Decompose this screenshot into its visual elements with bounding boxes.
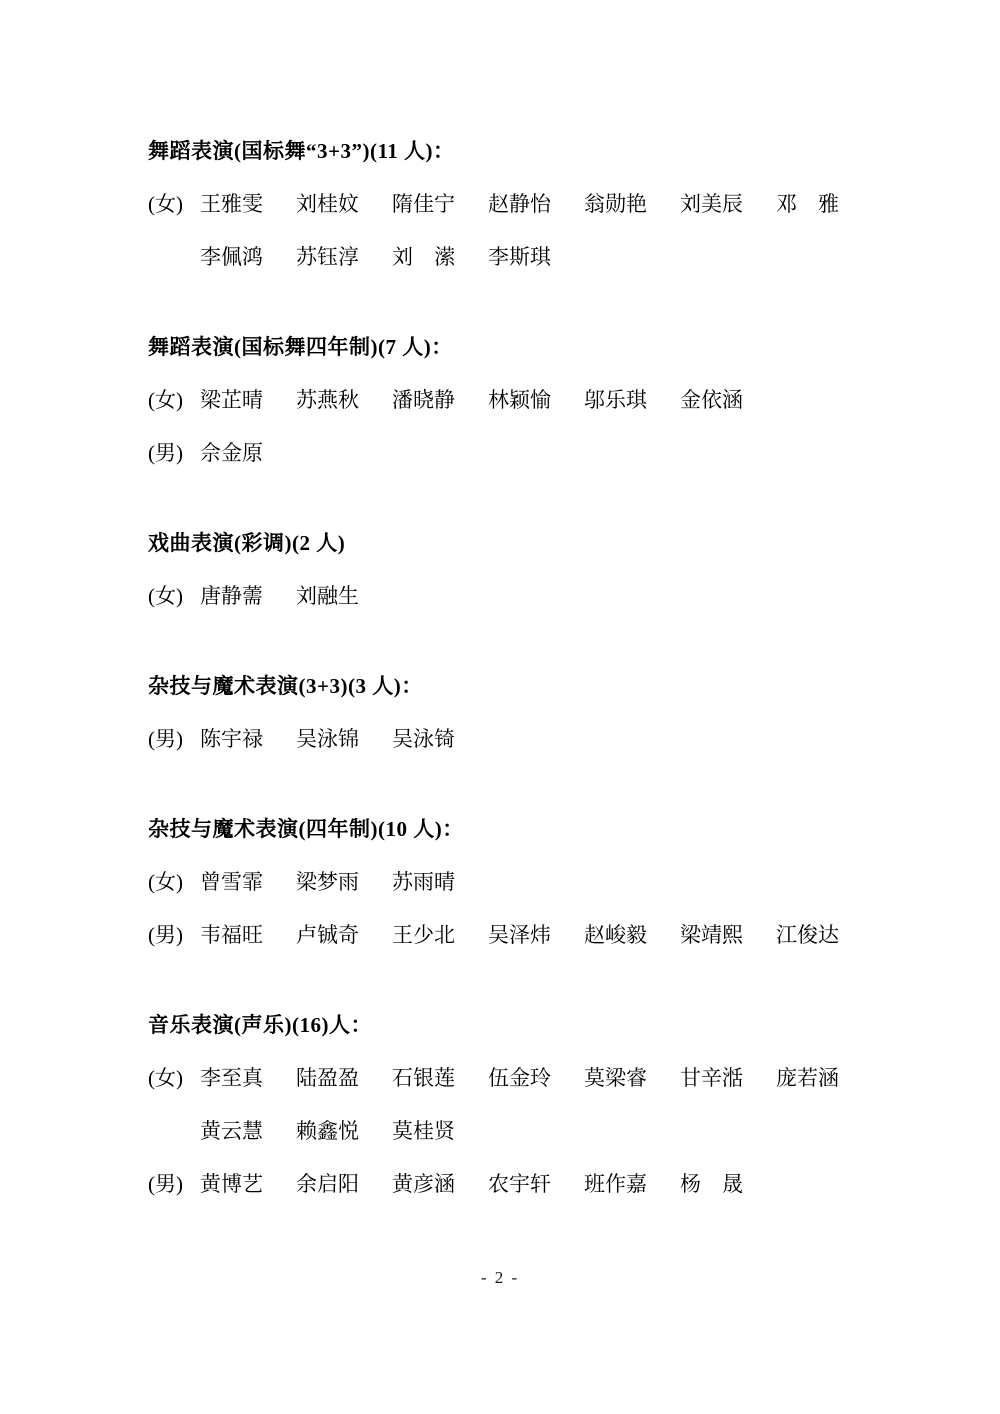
person-name: 隋佳宁 [392,178,455,231]
person-name: 卢铖奇 [296,909,359,962]
name-line: (男)黄博艺余启阳黄彦涵农宇轩班作嘉杨 晟 [148,1158,880,1211]
person-name: 吴泳锜 [392,713,455,766]
person-name: 邬乐琪 [584,374,647,427]
person-name: 梁芷晴 [200,374,263,427]
name-line: 李佩鸿苏钰淳刘 潆李斯琪 [148,231,880,284]
gender-prefix: (男) [148,713,200,766]
name-line: (女)李至真陆盈盈石银莲伍金玲莫梁睿甘辛湉庞若涵 [148,1052,880,1105]
person-name: 邓 雅 [776,178,839,231]
person-name: 石银莲 [392,1052,455,1105]
name-line: (女)曾雪霏梁梦雨苏雨晴 [148,856,880,909]
section: 舞蹈表演(国标舞“3+3”)(11 人)：(女)王雅雯刘桂妏隋佳宁赵静怡翁勋艳刘… [148,125,880,284]
person-name: 赵静怡 [488,178,551,231]
gender-prefix: (男) [148,1158,200,1211]
person-name: 赵峻毅 [584,909,647,962]
person-name: 班作嘉 [584,1158,647,1211]
gender-prefix: (女) [148,570,200,623]
person-name: 王雅雯 [200,178,263,231]
person-name: 梁梦雨 [296,856,359,909]
person-name: 刘桂妏 [296,178,359,231]
person-name: 唐静薷 [200,570,263,623]
person-name: 刘美辰 [680,178,743,231]
person-name: 杨 晟 [680,1158,743,1211]
person-name: 黄博艺 [200,1158,263,1211]
name-line: 黄云慧赖鑫悦莫桂贤 [148,1105,880,1158]
person-name: 刘融生 [296,570,359,623]
gender-prefix: (男) [148,427,200,480]
person-name: 曾雪霏 [200,856,263,909]
person-name: 林颖愉 [488,374,551,427]
section: 杂技与魔术表演(3+3)(3 人)：(男)陈宇禄吴泳锦吴泳锜 [148,660,880,766]
person-name: 农宇轩 [488,1158,551,1211]
person-name: 潘晓静 [392,374,455,427]
section: 戏曲表演(彩调)(2 人)(女)唐静薷刘融生 [148,517,880,623]
person-name: 黄彦涵 [392,1158,455,1211]
section-title: 杂技与魔术表演(3+3)(3 人)： [148,660,880,713]
person-name: 江俊达 [776,909,839,962]
gender-prefix: (女) [148,1052,200,1105]
person-name: 甘辛湉 [680,1052,743,1105]
person-name: 梁靖熙 [680,909,743,962]
person-name: 余启阳 [296,1158,359,1211]
gender-prefix: (女) [148,856,200,909]
section-title: 舞蹈表演(国标舞四年制)(7 人)： [148,321,880,374]
person-name: 伍金玲 [488,1052,551,1105]
person-name: 吴泽炜 [488,909,551,962]
name-line: (男)佘金原 [148,427,880,480]
person-name: 翁勋艳 [584,178,647,231]
person-name: 陆盈盈 [296,1052,359,1105]
name-line: (女)梁芷晴苏燕秋潘晓静林颖愉邬乐琪金依涵 [148,374,880,427]
section-title: 杂技与魔术表演(四年制)(10 人)： [148,803,880,856]
person-name: 韦福旺 [200,909,263,962]
person-name: 刘 潆 [392,231,455,284]
name-line: (男)陈宇禄吴泳锦吴泳锜 [148,713,880,766]
person-name: 苏燕秋 [296,374,359,427]
document-page: 舞蹈表演(国标舞“3+3”)(11 人)：(女)王雅雯刘桂妏隋佳宁赵静怡翁勋艳刘… [0,0,1000,1414]
name-line: (女)王雅雯刘桂妏隋佳宁赵静怡翁勋艳刘美辰邓 雅 [148,178,880,231]
person-name: 莫桂贤 [392,1105,455,1158]
section-title: 音乐表演(声乐)(16)人： [148,999,880,1052]
person-name: 王少北 [392,909,455,962]
person-name: 陈宇禄 [200,713,263,766]
gender-prefix: (男) [148,909,200,962]
page-number: - 2 - [0,1268,1000,1288]
person-name: 佘金原 [200,427,263,480]
section-title: 舞蹈表演(国标舞“3+3”)(11 人)： [148,125,880,178]
person-name: 李至真 [200,1052,263,1105]
section: 杂技与魔术表演(四年制)(10 人)：(女)曾雪霏梁梦雨苏雨晴(男)韦福旺卢铖奇… [148,803,880,962]
person-name: 苏雨晴 [392,856,455,909]
person-name: 黄云慧 [200,1105,263,1158]
person-name: 吴泳锦 [296,713,359,766]
person-name: 李斯琪 [488,231,551,284]
gender-prefix: (女) [148,178,200,231]
section: 舞蹈表演(国标舞四年制)(7 人)：(女)梁芷晴苏燕秋潘晓静林颖愉邬乐琪金依涵(… [148,321,880,480]
section-title: 戏曲表演(彩调)(2 人) [148,517,880,570]
section: 音乐表演(声乐)(16)人：(女)李至真陆盈盈石银莲伍金玲莫梁睿甘辛湉庞若涵黄云… [148,999,880,1211]
name-line: (女)唐静薷刘融生 [148,570,880,623]
gender-prefix: (女) [148,374,200,427]
person-name: 赖鑫悦 [296,1105,359,1158]
person-name: 金依涵 [680,374,743,427]
person-name: 李佩鸿 [200,231,263,284]
person-name: 莫梁睿 [584,1052,647,1105]
person-name: 苏钰淳 [296,231,359,284]
person-name: 庞若涵 [776,1052,839,1105]
document-body: 舞蹈表演(国标舞“3+3”)(11 人)：(女)王雅雯刘桂妏隋佳宁赵静怡翁勋艳刘… [0,0,1000,1211]
name-line: (男)韦福旺卢铖奇王少北吴泽炜赵峻毅梁靖熙江俊达 [148,909,880,962]
